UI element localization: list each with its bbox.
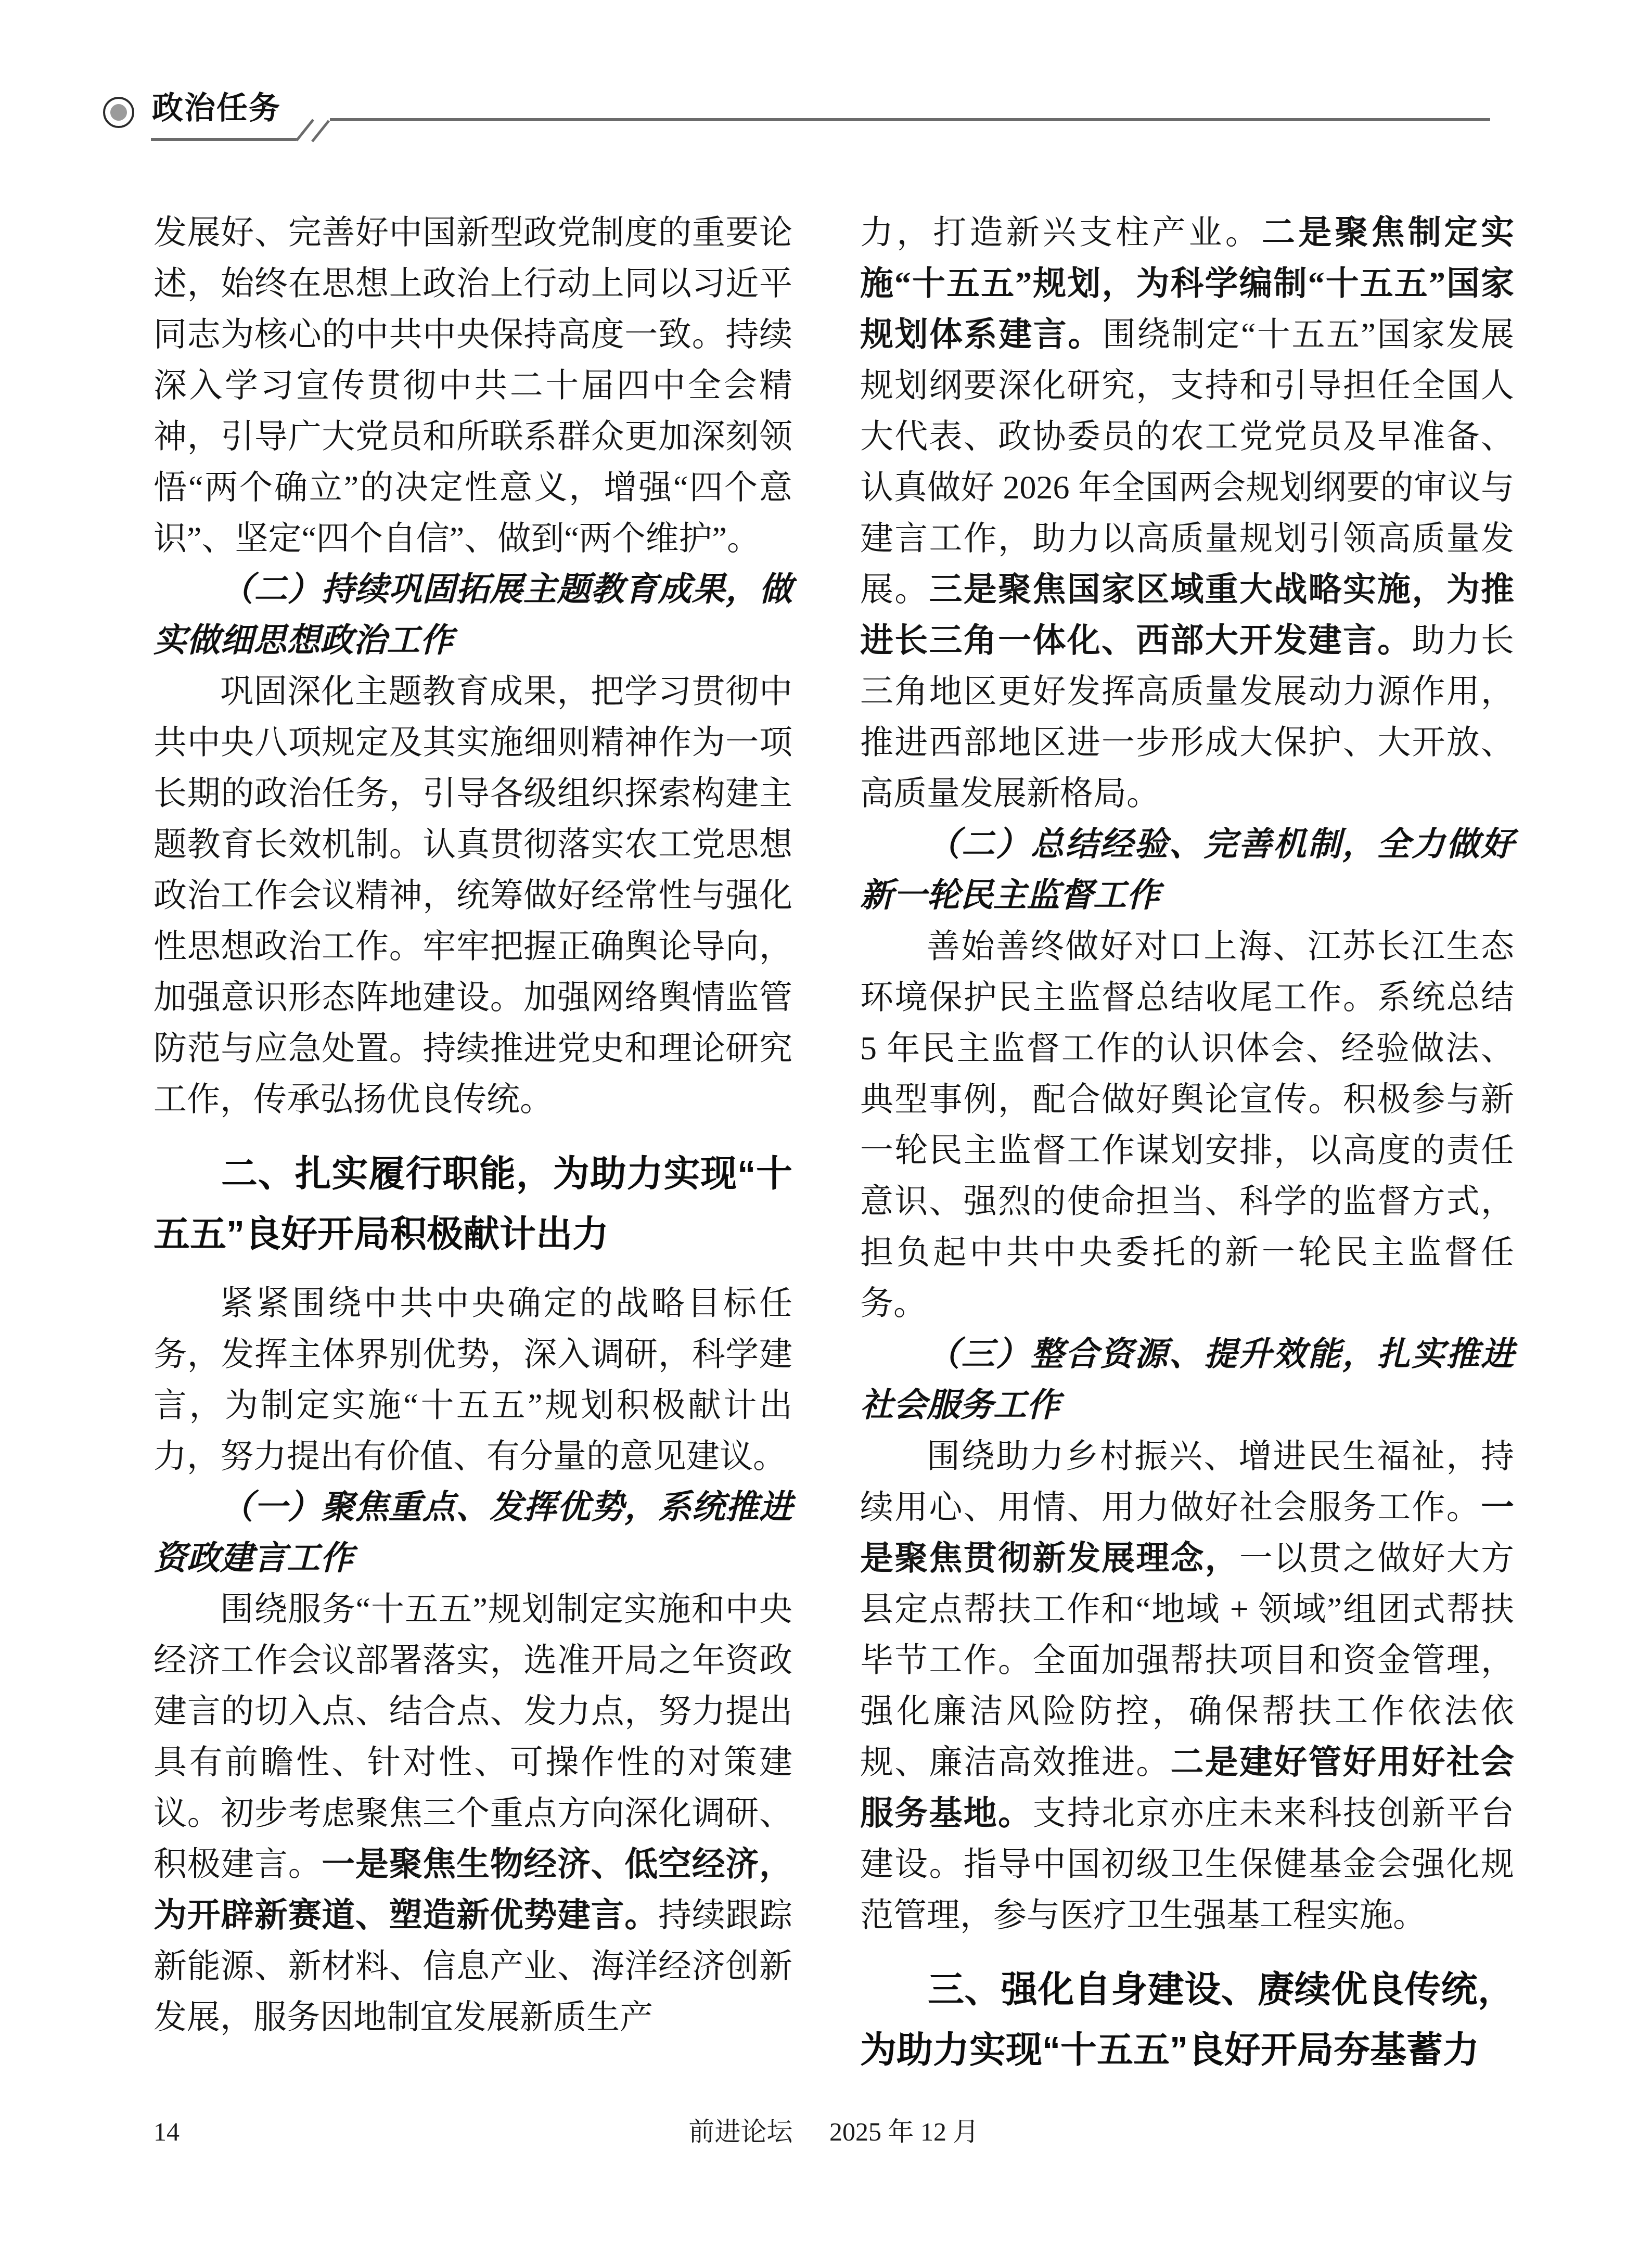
article-body: 发展好、完善好中国新型政党制度的重要论述，始终在思想上政治上行动上同以习近平同志… bbox=[153, 207, 1514, 2094]
section-heading: 二、扎实履行职能，为助力实现“十五五”良好开局积极献计出力 bbox=[153, 1144, 792, 1264]
body-paragraph: 围绕服务“十五五”规划制定实施和中央经济工作会议部署落实，选准开局之年资政建言的… bbox=[153, 1584, 792, 2043]
sub-heading: （二）持续巩固拓展主题教育成果，做实做细思想政治工作 bbox=[153, 564, 792, 666]
header-decoration-line bbox=[147, 89, 1500, 157]
text-run: （一）聚焦重点、发挥优势，系统推进资政建言工作 bbox=[153, 1489, 792, 1577]
text-run: （二）总结经验、完善机制，全力做好新一轮民主监督工作 bbox=[860, 826, 1514, 914]
text-run: 围绕制定“十五五”国家发展规划纲要深化研究，支持和引导担任全国人大代表、政协委员… bbox=[860, 316, 1514, 608]
footer-center: 前进论坛 2025 年 12 月 bbox=[153, 2113, 1514, 2150]
text-run: （三）整合资源、提升效能，扎实推进社会服务工作 bbox=[860, 1336, 1514, 1424]
text-run: 围绕服务“十五五”规划制定实施和中央经济工作会议部署落实，选准开局之年资政建言的… bbox=[153, 1591, 792, 1882]
text-run: 紧紧围绕中共中央确定的战略目标任务，发挥主体界别优势，深入调研，科学建言，为制定… bbox=[153, 1285, 792, 1475]
page-footer: 14 前进论坛 2025 年 12 月 bbox=[153, 2113, 1514, 2150]
body-paragraph: 善始善终做好对口上海、江苏长江生态环境保护民主监督总结收尾工作。系统总结 5 年… bbox=[860, 921, 1514, 1329]
text-run: 发展好、完善好中国新型政党制度的重要论述，始终在思想上政治上行动上同以习近平同志… bbox=[153, 214, 792, 557]
body-paragraph: 力，打造新兴支柱产业。二是聚焦制定实施“十五五”规划，为科学编制“十五五”国家规… bbox=[860, 207, 1514, 819]
text-run: 二、扎实履行职能，为助力实现“十五五”良好开局积极献计出力 bbox=[153, 1154, 792, 1254]
sub-heading: （三）整合资源、提升效能，扎实推进社会服务工作 bbox=[860, 1329, 1514, 1431]
magazine-page: 政治任务 发展好、完善好中国新型政党制度的重要论述，始终在思想上政治上行动上同以… bbox=[0, 0, 1652, 2242]
text-run: 三、强化自身建设、赓续优良传统，为助力实现“十五五”良好开局夯基蓄力 bbox=[860, 1969, 1514, 2070]
sub-heading: （二）总结经验、完善机制，全力做好新一轮民主监督工作 bbox=[860, 819, 1514, 921]
text-run: 巩固深化主题教育成果，把学习贯彻中共中央八项规定及其实施细则精神作为一项长期的政… bbox=[153, 673, 792, 1118]
text-run: 围绕助力乡村振兴、增进民生福祉，持续用心、用情、用力做好社会服务工作。 bbox=[860, 1438, 1514, 1526]
journal-name: 前进论坛 bbox=[689, 2117, 793, 2146]
body-paragraph: 紧紧围绕中共中央确定的战略目标任务，发挥主体界别优势，深入调研，科学建言，为制定… bbox=[153, 1278, 792, 1482]
section-bullet-inner-dot bbox=[110, 104, 127, 121]
body-paragraph: 发展好、完善好中国新型政党制度的重要论述，始终在思想上政治上行动上同以习近平同志… bbox=[153, 207, 792, 564]
sub-heading: （一）聚焦重点、发挥优势，系统推进资政建言工作 bbox=[153, 1482, 792, 1584]
column-left: 发展好、完善好中国新型政党制度的重要论述，始终在思想上政治上行动上同以习近平同志… bbox=[153, 207, 792, 2094]
issue-date: 2025 年 12 月 bbox=[829, 2117, 979, 2146]
text-run: 力，打造新兴支柱产业。 bbox=[860, 214, 1262, 251]
section-heading: 三、强化自身建设、赓续优良传统，为助力实现“十五五”良好开局夯基蓄力 bbox=[860, 1959, 1514, 2080]
body-paragraph: 巩固深化主题教育成果，把学习贯彻中共中央八项规定及其实施细则精神作为一项长期的政… bbox=[153, 666, 792, 1125]
text-run: 善始善终做好对口上海、江苏长江生态环境保护民主监督总结收尾工作。系统总结 5 年… bbox=[860, 928, 1514, 1322]
body-paragraph: 围绕助力乡村振兴、增进民生福祉，持续用心、用情、用力做好社会服务工作。一是聚焦贯… bbox=[860, 1431, 1514, 1941]
text-run: （二）持续巩固拓展主题教育成果，做实做细思想政治工作 bbox=[153, 571, 792, 659]
section-bullet-icon bbox=[103, 97, 134, 128]
column-right: 力，打造新兴支柱产业。二是聚焦制定实施“十五五”规划，为科学编制“十五五”国家规… bbox=[860, 207, 1514, 2094]
